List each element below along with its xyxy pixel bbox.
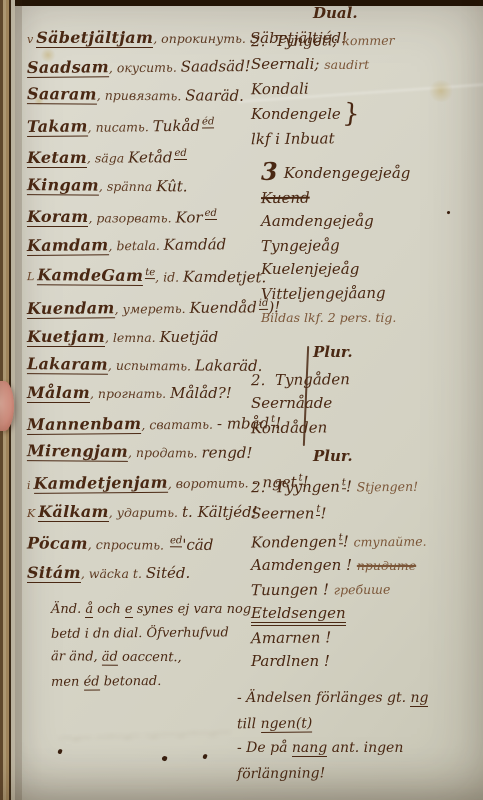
right-column: Dual.2. Tyngeti; kommerSeernali; saudirt… bbox=[251, 4, 479, 793]
word: betd i dn dial. Öfverhufvud bbox=[51, 625, 229, 642]
handwritten-line: Kamdam, betala. Kamdád bbox=[27, 230, 253, 260]
word: och bbox=[93, 602, 125, 617]
word: rengd! bbox=[201, 443, 252, 461]
word: lkf i Inbuat bbox=[251, 129, 335, 148]
superscript-accent: ed bbox=[205, 208, 217, 220]
word: Seernali; bbox=[251, 55, 324, 73]
handwritten-line: Koram, разорвать. Kored bbox=[27, 200, 253, 231]
word: t. Kältjéd! bbox=[182, 503, 258, 521]
handwritten-line: men éd betonad. bbox=[51, 668, 253, 694]
gloss: , привязать. bbox=[97, 88, 186, 104]
gloss: , betala. bbox=[108, 238, 163, 253]
margin-mark: i bbox=[27, 479, 31, 492]
headword: Kuetjam bbox=[27, 327, 105, 347]
gloss: , lemna. bbox=[105, 330, 160, 345]
headword: Sitám bbox=[27, 563, 81, 583]
word: e bbox=[125, 602, 133, 618]
word: Vitteljengejåang bbox=[261, 284, 386, 303]
word: Kuelenjejeåg bbox=[261, 260, 359, 278]
handwritten-line: Kuetjam, lemna. Kuetjäd bbox=[27, 323, 253, 351]
handwritten-line: Kondåden bbox=[251, 414, 479, 440]
handwritten-line: är änd, äd oaccent., bbox=[51, 644, 253, 670]
handwritten-line: KKälkam, ударить. t. Kältjéd! bbox=[27, 498, 253, 527]
gloss: , испытать. bbox=[108, 357, 195, 373]
gloss: , спросить. bbox=[88, 537, 168, 553]
handwritten-line: Målam, прогнать. Målåd?! bbox=[27, 379, 253, 407]
handwritten-line: Änd. å och e synes ej vara nog bbox=[51, 597, 253, 621]
word: Tyngejeåg bbox=[261, 236, 340, 255]
word: Kût. bbox=[156, 177, 187, 195]
footnote-block: Änd. å och e synes ej vara nogbetd i dn … bbox=[51, 597, 253, 693]
handwritten-line: Sitám, wäcka t. Sitéd. bbox=[27, 559, 253, 587]
handwritten-line: Bildas lkf. 2 pers. tig. bbox=[261, 305, 479, 329]
handwritten-line: Tyngejeåg bbox=[261, 232, 479, 258]
gloss: , разорвать. bbox=[88, 210, 175, 225]
word: Eteldsengen bbox=[251, 604, 346, 626]
handwritten-line: Pardlnen ! bbox=[251, 649, 479, 673]
headword: Kuendam bbox=[27, 299, 115, 320]
headword: KamdeGam bbox=[37, 266, 143, 287]
gloss: , продать. bbox=[128, 445, 202, 461]
word: Tyngeti; bbox=[275, 31, 342, 50]
word: Pardlnen ! bbox=[251, 652, 330, 670]
word: är änd, bbox=[51, 649, 102, 664]
handwritten-line: Kondengent! ступайте. bbox=[251, 524, 479, 554]
headword: Lakaram bbox=[27, 354, 108, 375]
section-b4: Plur.2. Tyyngent! Stjengen!Seernent!Kond… bbox=[251, 447, 479, 673]
word: saudirt bbox=[324, 57, 369, 72]
section-heading: Plur. bbox=[313, 447, 479, 469]
word: Kor bbox=[176, 208, 203, 226]
handwritten-line: 2. Tyngåden bbox=[251, 366, 479, 392]
word: Kuetjäd bbox=[160, 328, 219, 346]
headword: Kingam bbox=[27, 175, 99, 196]
handwritten-line: Kuendam, умереть. Kuendådid)! bbox=[27, 290, 253, 323]
word: Seernåade bbox=[251, 394, 332, 412]
headword: Koram bbox=[27, 207, 88, 227]
gloss: , spänna bbox=[99, 178, 156, 193]
handwritten-line: 2. Tyyngent! Stjengen! bbox=[251, 470, 479, 500]
headword: Saadsam bbox=[27, 57, 109, 78]
word: - Ändelsen förlänges gt. bbox=[237, 690, 410, 706]
word: betonad. bbox=[99, 674, 161, 690]
word: kommer bbox=[342, 33, 394, 49]
headword: Takam bbox=[27, 117, 88, 138]
struck-word: Kuend bbox=[261, 189, 310, 208]
word: Änd. bbox=[51, 602, 85, 617]
word: Seernen bbox=[251, 505, 314, 523]
word: å bbox=[85, 602, 93, 618]
handwritten-line: Mirengjam, продать. rengd! bbox=[27, 437, 253, 467]
headword: Mannenbam bbox=[27, 414, 142, 435]
gloss: , wäcka t. bbox=[81, 566, 146, 581]
word: Stjengen! bbox=[357, 479, 419, 495]
headword: Pöcam bbox=[27, 534, 88, 553]
handwritten-line: Mannenbam, сватать. - mbådt! bbox=[27, 406, 253, 439]
struck-word: придите bbox=[357, 558, 416, 573]
handwritten-line: Saaram, привязать. Saaräd. bbox=[27, 80, 253, 110]
word: ступайте. bbox=[354, 533, 427, 549]
word: Aamdengejeåg bbox=[261, 212, 374, 230]
handwritten-line: Seernali; saudirt bbox=[251, 52, 479, 76]
word: Tuungen ! bbox=[251, 580, 334, 599]
word: гребише bbox=[334, 582, 391, 598]
word: Aamdengen ! bbox=[251, 556, 357, 574]
word: Ketåd bbox=[128, 149, 172, 167]
word: Kondali bbox=[251, 80, 309, 99]
word: Kondengegejeåg bbox=[284, 164, 411, 182]
gloss: , воротить. bbox=[168, 475, 253, 491]
word: synes ej vara nog bbox=[133, 602, 252, 617]
manuscript-photo: vSäbetjältjam, опрокинуть. Säbetjältjéd!… bbox=[0, 0, 483, 800]
word: Kondengele bbox=[251, 105, 341, 123]
show-through-ghost-text: ـــــﮯـــــسـﮯـــــــﮯــ ـــﮯــــســــ ـ… bbox=[59, 711, 441, 794]
section-heading: Plur. bbox=[313, 343, 479, 365]
headword: Saaram bbox=[27, 84, 97, 105]
gloss: , ударить. bbox=[109, 505, 182, 520]
gloss: , прогнать. bbox=[90, 386, 170, 401]
word: Tyngåden bbox=[275, 370, 350, 389]
headword: Målam bbox=[27, 383, 90, 403]
handwritten-line: - Ändelsen förlänges gt. ng bbox=[237, 685, 479, 710]
item-number: 2. bbox=[251, 478, 270, 496]
handwritten-line: lkf i Inbuat bbox=[251, 125, 479, 151]
handwritten-line: Kuend bbox=[261, 184, 479, 210]
gloss: , писать. bbox=[88, 119, 153, 135]
margin-mark: L bbox=[27, 270, 34, 283]
margin-mark: K bbox=[27, 507, 35, 520]
handwritten-line: Pöcam, спросить. ed'cäd bbox=[27, 526, 253, 559]
handwritten-line: vSäbetjältjam, опрокинуть. Säbetjältjéd! bbox=[27, 24, 253, 53]
big-numeral: 3 bbox=[261, 160, 278, 183]
word: Bildas lkf. 2 pers. tig. bbox=[261, 310, 396, 325]
word: oaccent., bbox=[118, 649, 182, 665]
word: 'cäd bbox=[182, 536, 213, 554]
handwritten-line: Aamdengen ! придите bbox=[251, 553, 479, 577]
handwritten-line: iKamdetjenjam, воротить. - ngett! bbox=[27, 465, 253, 499]
item-number: 2. bbox=[251, 371, 270, 389]
superscript-accent: te bbox=[145, 267, 155, 279]
handwritten-line: LKamdeGamte, id. Kamdetjet. bbox=[27, 258, 253, 292]
word: Amarnen ! bbox=[251, 628, 331, 647]
handwritten-line: Seernåade bbox=[251, 391, 479, 415]
handwritten-line: Lakaram, испытать. Lakaräd. bbox=[27, 350, 253, 380]
gloss: , id. bbox=[155, 269, 183, 284]
handwritten-line: Ketam, säga Ketåded bbox=[27, 140, 253, 171]
section-b1: Dual.2. Tyngeti; kommerSeernali; saudirt… bbox=[251, 4, 479, 150]
headword: Kälkam bbox=[38, 502, 109, 522]
gloss: , сватать. bbox=[141, 416, 217, 432]
superscript-accent: ed bbox=[174, 148, 186, 160]
handwritten-line: betd i dn dial. Öfverhufvud bbox=[51, 620, 253, 646]
section-b3: Plur.2. TyngådenSeernåadeKondåden bbox=[251, 343, 479, 439]
handwritten-line: Tuungen ! гребише bbox=[251, 576, 479, 602]
handwritten-line: Takam, писать. Tukådéd bbox=[27, 108, 253, 141]
word: Tukåd bbox=[153, 117, 200, 135]
word: ! bbox=[343, 532, 354, 550]
item-number: 2. bbox=[251, 32, 270, 50]
word: éd bbox=[83, 674, 99, 690]
section-b2: 3KondengegejeågKuendAamdengejeågTyngejeå… bbox=[261, 158, 479, 329]
word: Kondengen bbox=[251, 532, 337, 551]
section-heading: Dual. bbox=[313, 4, 479, 26]
word: Kondåden bbox=[251, 418, 327, 437]
margin-mark: v bbox=[27, 33, 33, 46]
superscript-accent: ed bbox=[170, 536, 182, 548]
word: Kuendåd bbox=[189, 299, 256, 318]
word: äd bbox=[102, 649, 118, 665]
word: Tyyngen bbox=[275, 478, 340, 497]
word: Saaräd. bbox=[185, 86, 244, 104]
brace-mark: } bbox=[342, 102, 361, 127]
headword: Säbetjältjam bbox=[36, 28, 153, 48]
handwritten-line: 2. Tyngeti; kommer bbox=[251, 27, 479, 53]
left-column: vSäbetjältjam, опрокинуть. Säbetjältjéd!… bbox=[27, 24, 253, 693]
handwritten-line: Eteldsengen bbox=[251, 601, 479, 625]
word: Sitéd. bbox=[146, 564, 190, 582]
gloss: , опрокинуть. bbox=[153, 31, 250, 46]
handwritten-line: Seernent! bbox=[251, 498, 479, 525]
handwritten-line: 3Kondengegejeåg bbox=[261, 158, 479, 185]
handwritten-line: Kingam, spänna Kût. bbox=[27, 171, 253, 201]
handwritten-line: Saadsam, окусить. Saadsäd! bbox=[27, 52, 253, 82]
word: ng bbox=[410, 690, 428, 707]
word: Kamdád bbox=[164, 235, 227, 254]
superscript-accent: éd bbox=[202, 116, 214, 128]
handwritten-line: Kondengele} bbox=[251, 100, 479, 126]
handwritten-line: Kondali bbox=[251, 75, 479, 101]
word: ! bbox=[346, 477, 357, 495]
headword: Mirengjam bbox=[27, 441, 128, 462]
gloss: , säga bbox=[87, 151, 128, 166]
headword: Kamdam bbox=[27, 235, 109, 256]
handwritten-line: Vitteljengejåang bbox=[261, 280, 479, 306]
headword: Kamdetjenjam bbox=[33, 473, 167, 494]
gloss: , окусить. bbox=[109, 60, 181, 76]
word: ! bbox=[320, 505, 326, 523]
handwritten-line: Amarnen ! bbox=[251, 624, 479, 650]
gloss: , умереть. bbox=[115, 301, 190, 317]
word: Målåd?! bbox=[170, 384, 232, 402]
handwritten-line: Kuelenjejeåg bbox=[261, 257, 479, 281]
headword: Ketam bbox=[27, 148, 87, 168]
word: men bbox=[51, 674, 84, 689]
word: Saadsäd! bbox=[181, 57, 251, 76]
